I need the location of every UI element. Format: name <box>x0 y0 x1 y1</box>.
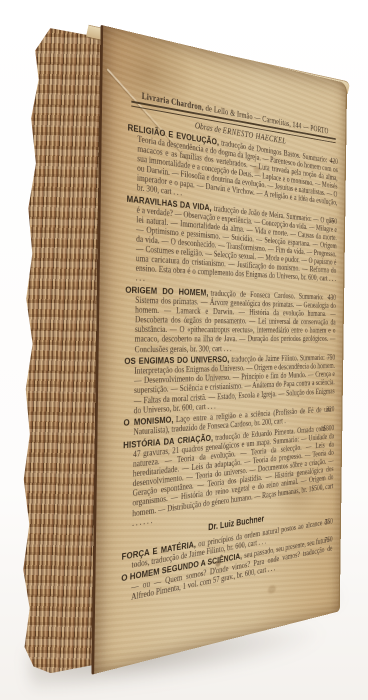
photo-scene: Livraria Chardron, de Lello & Irmão — Ca… <box>0 0 368 700</box>
work-price: 750 <box>332 517 333 525</box>
back-cover-wrap: Livraria Chardron, de Lello & Irmão — Ca… <box>91 25 364 681</box>
entry-origem-do-homem: ORIGEM DO HOMEM,430traducção de Fonseca … <box>124 285 336 354</box>
book-photo: Livraria Chardron, de Lello & Irmão — Ca… <box>0 0 368 700</box>
work-price: 750 <box>334 353 335 361</box>
work-description: traducção de Fonseca Cardoso. Summario: … <box>135 288 336 353</box>
work-description: traducção de João de Meira. Summario: — … <box>136 203 337 283</box>
paper-stain <box>268 585 276 595</box>
back-cover: Livraria Chardron, de Lello & Irmão — Ca… <box>91 25 347 675</box>
printed-advertisements: Livraria Chardron, de Lello & Irmão — Ca… <box>95 25 346 608</box>
work-price: 320 <box>333 405 334 413</box>
work-price: 430 <box>335 293 336 301</box>
work-price: 420 <box>337 157 338 165</box>
work-price: 750 <box>336 217 337 225</box>
